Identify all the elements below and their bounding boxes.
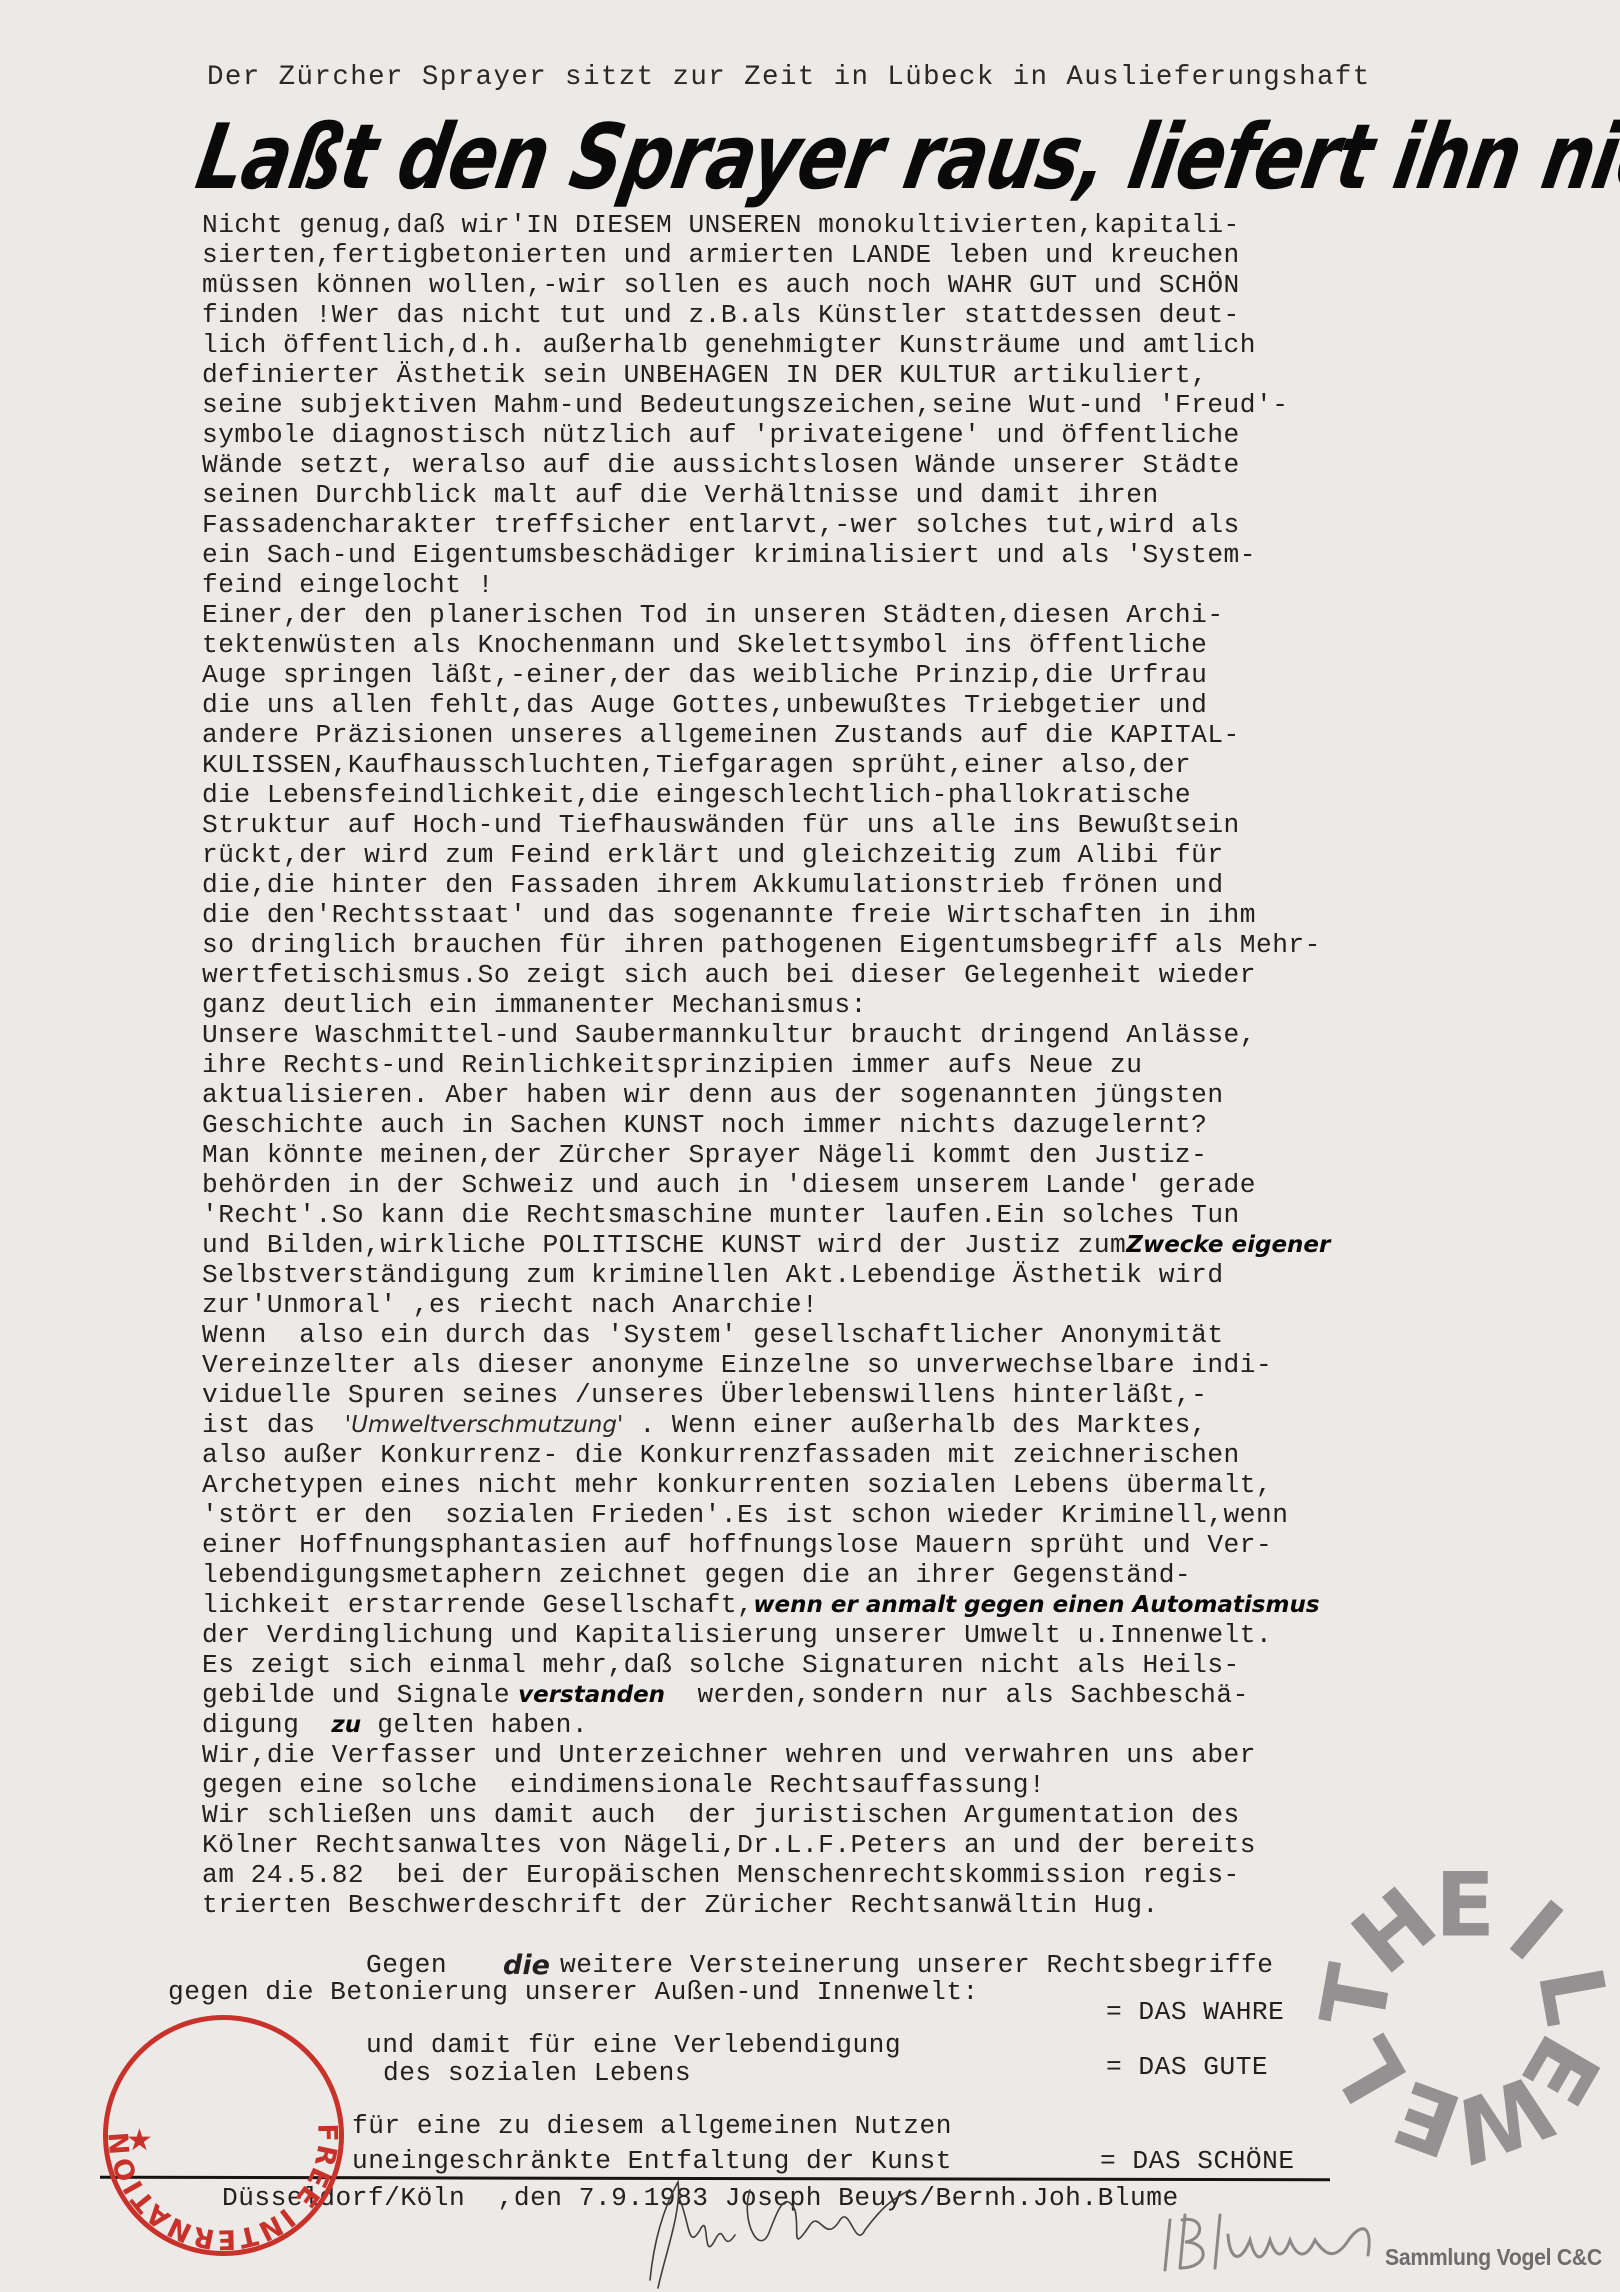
body-line: tektenwüsten als Knochenmann und Skelett… xyxy=(202,630,1330,660)
body-line: sierten,fertigbetonierten und armierten … xyxy=(202,240,1330,270)
body-line: ist das 'Umweltverschmutzung' . Wenn ein… xyxy=(202,1410,1330,1440)
body-line: die Lebensfeindlichkeit,die eingeschlech… xyxy=(202,780,1330,810)
closing-line-4: des sozialen Lebens xyxy=(383,2058,691,2088)
body-line: finden !Wer das nicht tut und z.B.als Kü… xyxy=(202,300,1330,330)
signature-blume xyxy=(1110,2200,1410,2280)
body-line: behörden in der Schweiz und auch in 'die… xyxy=(202,1170,1330,1200)
body-line: wertfetischismus.So zeigt sich auch bei … xyxy=(202,960,1330,990)
body-line: die,die hinter den Fassaden ihrem Akkumu… xyxy=(202,870,1330,900)
body-line: gegen eine solche eindimensionale Rechts… xyxy=(202,1770,1330,1800)
body-line: feind eingelocht ! xyxy=(202,570,1330,600)
body-line: Unsere Waschmittel-und Saubermannkultur … xyxy=(202,1020,1330,1050)
handwritten-die: die xyxy=(503,1950,550,1981)
closing-line-2: gegen die Betonierung unserer Außen-und … xyxy=(168,1977,979,2007)
subtitle: Der Zürcher Sprayer sitzt zur Zeit in Lü… xyxy=(207,62,1371,93)
body-line: und Bilden,wirkliche POLITISCHE KUNST wi… xyxy=(202,1230,1330,1260)
body-line: Wir,die Verfasser und Unterzeichner wehr… xyxy=(202,1740,1330,1770)
body-line: seinen Durchblick malt auf die Verhältni… xyxy=(202,480,1330,510)
signature-beuys xyxy=(610,2170,940,2290)
body-line: rückt,der wird zum Feind erklärt und gle… xyxy=(202,840,1330,870)
body-line: 'Recht'.So kann die Rechtsmaschine munte… xyxy=(202,1200,1330,1230)
body-text: Nicht genug,daß wir'IN DIESEM UNSEREN mo… xyxy=(202,210,1330,1920)
body-line: die den'Rechtsstaat' und das sogenannte … xyxy=(202,900,1330,930)
handwritten-zu: zu xyxy=(299,1712,361,1738)
body-line: digung zu gelten haben. xyxy=(202,1710,1330,1740)
star-icon: ★ xyxy=(126,2123,153,2158)
body-line: die uns allen fehlt,das Auge Gottes,unbe… xyxy=(202,690,1330,720)
body-line: Kölner Rechtsanwaltes von Nägeli,Dr.L.F.… xyxy=(202,1830,1330,1860)
heile-welt-stamp: HEILEWELT xyxy=(1300,1850,1620,2180)
body-line: Es zeigt sich einmal mehr,daß solche Sig… xyxy=(202,1650,1330,1680)
body-line: einer Hoffnungsphantasien auf hoffnungsl… xyxy=(202,1530,1330,1560)
body-line: 'stört er den sozialen Frieden'.Es ist s… xyxy=(202,1500,1330,1530)
body-line: lich öffentlich,d.h. außerhalb genehmigt… xyxy=(202,330,1330,360)
body-line: ganz deutlich ein immanenter Mechanismus… xyxy=(202,990,1330,1020)
body-line: Nicht genug,daß wir'IN DIESEM UNSEREN mo… xyxy=(202,210,1330,240)
body-line: trierten Beschwerdeschrift der Züricher … xyxy=(202,1890,1330,1920)
body-line: Wir schließen uns damit auch der juristi… xyxy=(202,1800,1330,1830)
free-international-university-stamp: FREE INTERNATIONAL UNIVERSITY ★ xyxy=(96,2008,351,2263)
body-line: symbole diagnostisch nützlich auf 'priva… xyxy=(202,420,1330,450)
closing-line-5: für eine zu diesem allgemeinen Nutzen xyxy=(352,2111,952,2141)
body-line: definierter Ästhetik sein UNBEHAGEN IN D… xyxy=(202,360,1330,390)
body-line: Archetypen eines nicht mehr konkurrenten… xyxy=(202,1470,1330,1500)
body-line: zur'Unmoral' ,es riecht nach Anarchie! xyxy=(202,1290,1330,1320)
body-line-tail: . Wenn einer außerhalb des Marktes, xyxy=(623,1410,1207,1440)
body-line: Wände setzt, weralso auf die aussichtslo… xyxy=(202,450,1330,480)
body-line: Fassadencharakter treffsicher entlarvt,-… xyxy=(202,510,1330,540)
equals-das-schoene: = DAS SCHÖNE xyxy=(1100,2146,1295,2176)
body-line-tail: gelten haben. xyxy=(361,1710,588,1740)
body-line: lichkeit erstarrende Gesellschaft,wenn e… xyxy=(202,1590,1330,1620)
body-line: seine subjektiven Mahm-und Bedeutungszei… xyxy=(202,390,1330,420)
collection-watermark: Sammlung Vogel C&C xyxy=(1385,2244,1602,2271)
body-line-tail: werden,sondern nur als Sachbeschä- xyxy=(665,1680,1249,1710)
handwritten-verstanden: verstanden xyxy=(510,1682,665,1708)
stamp-letter: I xyxy=(1490,1881,1581,1981)
body-line: Auge springen läßt,-einer,der das weibli… xyxy=(202,660,1330,690)
body-line: gebilde und Signale verstanden werden,so… xyxy=(202,1680,1330,1710)
body-line: ein Sach-und Eigentumsbeschädiger krimin… xyxy=(202,540,1330,570)
body-line: so dringlich brauchen für ihren pathogen… xyxy=(202,930,1330,960)
body-line: müssen können wollen,-wir sollen es auch… xyxy=(202,270,1330,300)
body-line: KULISSEN,Kaufhausschluchten,Tiefgaragen … xyxy=(202,750,1330,780)
body-line: andere Präzisionen unseres allgemeinen Z… xyxy=(202,720,1330,750)
body-line: ihre Rechts-und Reinlichkeitsprinzipien … xyxy=(202,1050,1330,1080)
closing-line-1a: Gegen xyxy=(366,1950,447,1980)
body-line: Selbstverständigung zum kriminellen Akt.… xyxy=(202,1260,1330,1290)
closing-line-1b: weitere Versteinerung unserer Rechtsbegr… xyxy=(560,1950,1273,1980)
body-line: also außer Konkurrenz- die Konkurrenzfas… xyxy=(202,1440,1330,1470)
closing-line-3: und damit für eine Verlebendigung xyxy=(366,2030,901,2060)
body-line: Man könnte meinen,der Zürcher Sprayer Nä… xyxy=(202,1140,1330,1170)
body-line: Wenn also ein durch das 'System' gesells… xyxy=(202,1320,1330,1350)
handwritten-zwecke: Zwecke eigener xyxy=(1126,1232,1330,1258)
headline: Laßt den Sprayer raus, liefert ihn nicht… xyxy=(189,104,1620,209)
body-line: der Verdinglichung und Kapitalisierung u… xyxy=(202,1620,1330,1650)
handwritten-anmalt: wenn er anmalt gegen einen Automatismus xyxy=(753,1592,1319,1618)
stamp-letter: E xyxy=(1435,1854,1495,1957)
body-line: aktualisieren. Aber haben wir denn aus d… xyxy=(202,1080,1330,1110)
equals-das-wahre: = DAS WAHRE xyxy=(1106,1997,1284,2027)
handwritten-umwelt: 'Umweltverschmutzung' xyxy=(316,1412,624,1438)
body-line: lebendigungsmetaphern zeichnet gegen die… xyxy=(202,1560,1330,1590)
body-line: Vereinzelter als dieser anonyme Einzelne… xyxy=(202,1350,1330,1380)
body-line: Struktur auf Hoch-und Tiefhauswänden für… xyxy=(202,810,1330,840)
body-line: Einer,der den planerischen Tod in unsere… xyxy=(202,600,1330,630)
body-line: viduelle Spuren seines /unseres Überlebe… xyxy=(202,1380,1330,1410)
equals-das-gute: = DAS GUTE xyxy=(1106,2052,1268,2082)
body-line: Geschichte auch in Sachen KUNST noch imm… xyxy=(202,1110,1330,1140)
body-line: am 24.5.82 bei der Europäischen Menschen… xyxy=(202,1860,1330,1890)
